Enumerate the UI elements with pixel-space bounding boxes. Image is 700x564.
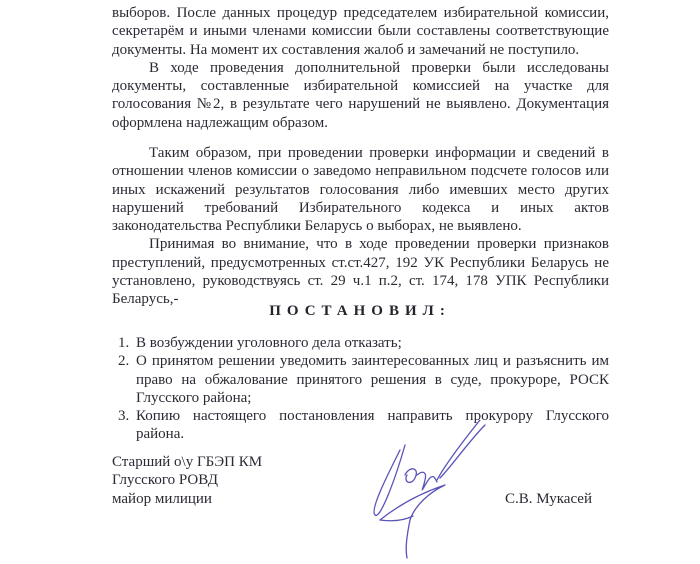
text-block-2: Таким образом, при проведении проверки и… xyxy=(112,144,609,309)
paragraph-legal-basis: Принимая во внимание, что в ходе проведе… xyxy=(112,235,609,308)
decision-heading: ПОСТАНОВИЛ: xyxy=(0,303,700,320)
document-page: выборов. После данных процедур председат… xyxy=(0,0,700,564)
signatory-department: Глусского РОВД xyxy=(112,471,262,489)
decision-text: В возбуждении уголовного дела отказать; xyxy=(136,335,402,351)
signatory-name: С.В. Мукасей xyxy=(505,490,592,508)
decision-text: О принятом решении уведомить заинтересов… xyxy=(136,353,609,406)
decision-number: 2. xyxy=(118,352,129,370)
paragraph-additional-check: В ходе проведения дополнительной проверк… xyxy=(112,59,609,132)
decision-item: 1. В возбуждении уголовного дела отказат… xyxy=(118,334,609,352)
decision-number: 1. xyxy=(118,334,129,352)
decision-item: 2. О принятом решении уведомить заинтере… xyxy=(118,352,609,407)
signatory-position: Старший о\у ГБЭП КМ xyxy=(112,453,262,471)
handwritten-signature-icon xyxy=(345,420,505,560)
signatory-title: Старший о\у ГБЭП КМ Глусского РОВД майор… xyxy=(112,453,262,508)
signatory-rank: майор милиции xyxy=(112,490,262,508)
paragraph-conclusion: Таким образом, при проведении проверки и… xyxy=(112,144,609,235)
decision-number: 3. xyxy=(118,407,129,425)
paragraph-elections-procedures: выборов. После данных процедур председат… xyxy=(112,4,609,59)
text-block-1: выборов. После данных процедур председат… xyxy=(112,4,609,132)
